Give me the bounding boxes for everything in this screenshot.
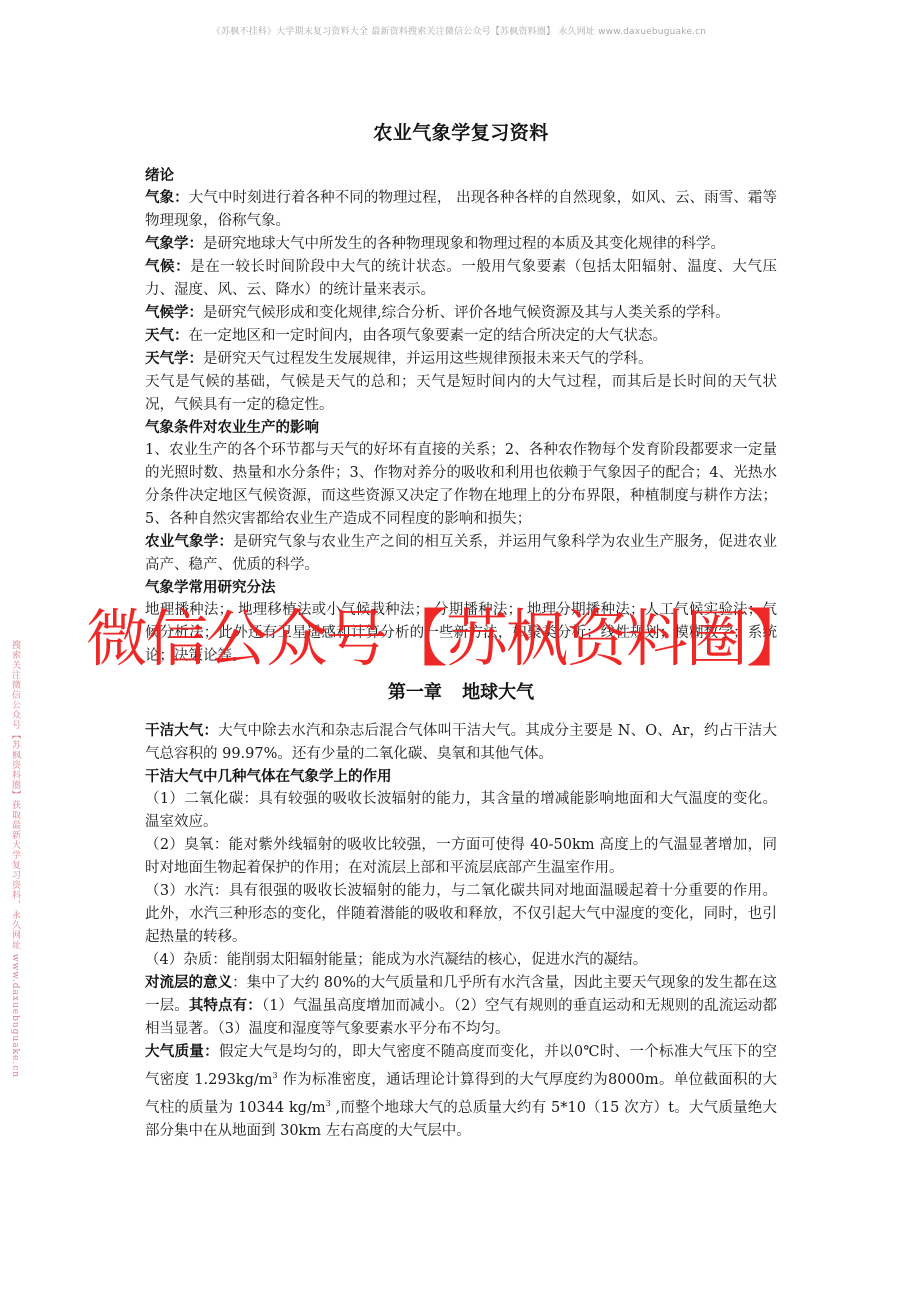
methods-paragraph: 地理播种法； 地理移植法或小气候栽种法； 分期播种法； 地理分期播种法；人工气候… (145, 599, 777, 668)
term-label: 气象学： (145, 236, 203, 252)
features-label: 其特点有： (189, 998, 262, 1014)
term-label: 大气质量： (145, 1044, 219, 1060)
gas-item-water-vapor: （3）水汽：具有很强的吸收长波辐射的能力，与二氧化碳共同对地面温暖起着十分重要的… (145, 880, 777, 949)
definition-agro-meteorology: 农业气象学：是研究气象与农业生产之间的相互关系，并运用气象科学为农业生产服务，促… (145, 531, 777, 577)
definition-tianqixue: 天气学：是研究天气过程发生发展规律，并运用这些规律预报未来天气的学科。 (145, 348, 777, 371)
weather-climate-relation: 天气是气候的基础，气候是天气的总和；天气是短时间内的大气过程，而其后是长时间的天… (145, 371, 777, 417)
section-heading-influence: 气象条件对农业生产的影响 (145, 417, 777, 439)
section-heading-methods: 气象学常用研究分法 (145, 577, 777, 599)
term-definition: 是研究地球大气中所发生的各种物理现象和物理过程的本质及其变化规律的科学。 (203, 236, 725, 252)
term-definition: 大气中时刻进行着各种不同的物理过程， 出现各种各样的自然现象，如风、云、雨雪、霜… (145, 190, 777, 229)
definition-qihou: 气候：是在一较长时间阶段中大气的统计状态。一般用气象要素（包括太阳辐射、温度、大… (145, 256, 777, 302)
definition-qihouxue: 气候学：是研究气候形成和变化规律,综合分析、评价各地气候资源及其与人类关系的学科… (145, 302, 777, 325)
gas-item-ozone: （2）臭氧：能对紫外线辐射的吸收比较强，一方面可使得 40-50km 高度上的气… (145, 834, 777, 880)
definition-qixiang: 气象：大气中时刻进行着各种不同的物理过程， 出现各种各样的自然现象，如风、云、雨… (145, 187, 777, 233)
gas-item-impurities: （4）杂质：能削弱太阳辐射能量；能成为水汽凝结的核心，促进水汽的凝结。 (145, 949, 777, 972)
term-definition: 是在一较长时间阶段中大气的统计状态。一般用气象要素（包括太阳辐射、温度、大气压力… (145, 259, 777, 298)
term-definition: 是研究气象与农业生产之间的相互关系，并运用气象科学为农业生产服务，促进农业高产、… (145, 534, 777, 573)
document-title: 农业气象学复习资料 (145, 118, 777, 145)
chapter-title: 第一章 地球大气 (145, 678, 777, 704)
document-page: 农业气象学复习资料 绪论 气象：大气中时刻进行着各种不同的物理过程， 出现各种各… (145, 118, 777, 1143)
term-label: 对流层的意义 (145, 975, 232, 991)
troposphere-paragraph: 对流层的意义：集中了大约 80%的大气质量和几乎所有水汽含量，因此主要天气现象的… (145, 972, 777, 1041)
term-label: 天气： (145, 328, 189, 344)
term-definition: 在一定地区和一定时间内，由各项气象要素一定的结合所决定的大气状态。 (189, 328, 668, 344)
section-heading-intro: 绪论 (145, 165, 777, 187)
term-label: 干洁大气： (145, 723, 218, 739)
term-label: 天气学： (145, 351, 203, 367)
term-label: 农业气象学： (145, 534, 233, 550)
term-label: 气候学： (145, 305, 203, 321)
definition-dry-air: 干洁大气：大气中除去水汽和杂志后混合气体叫干洁大气。其成分主要是 N、O、Ar，… (145, 720, 777, 766)
influence-paragraph: 1、农业生产的各个环节都与天气的好坏有直接的关系；2、各种农作物每个发育阶段都要… (145, 439, 777, 531)
term-label: 气象： (145, 190, 189, 206)
definition-tianqi: 天气：在一定地区和一定时间内，由各项气象要素一定的结合所决定的大气状态。 (145, 325, 777, 348)
term-label: 气候： (145, 259, 190, 275)
gas-item-co2: （1）二氧化碳：具有较强的吸收长波辐射的能力，其含量的增减能影响地面和大气温度的… (145, 788, 777, 834)
term-definition: 大气中除去水汽和杂志后混合气体叫干洁大气。其成分主要是 N、O、Ar，约占干洁大… (145, 723, 777, 762)
term-definition: 是研究天气过程发生发展规律，并运用这些规律预报未来天气的学科。 (203, 351, 653, 367)
definition-qixiangxue: 气象学：是研究地球大气中所发生的各种物理现象和物理过程的本质及其变化规律的科学。 (145, 233, 777, 256)
section-heading-gases: 干洁大气中几种气体在气象学上的作用 (145, 766, 777, 788)
header-watermark: 《苏枫不挂科》大学期末复习资料大全 最新资料搜索关注微信公众号【苏枫资料圈】 永… (0, 24, 918, 37)
side-watermark: 搜索关注微信公众号【苏枫资料圈】获取最新大学复习资料，永久网址 www.daxu… (8, 640, 22, 1078)
term-definition: 是研究气候形成和变化规律,综合分析、评价各地气候资源及其与人类关系的学科。 (203, 305, 730, 321)
atmosphere-mass-paragraph: 大气质量：假定大气是均匀的，即大气密度不随高度而变化，并以0℃时、一个标准大气压… (145, 1041, 777, 1143)
